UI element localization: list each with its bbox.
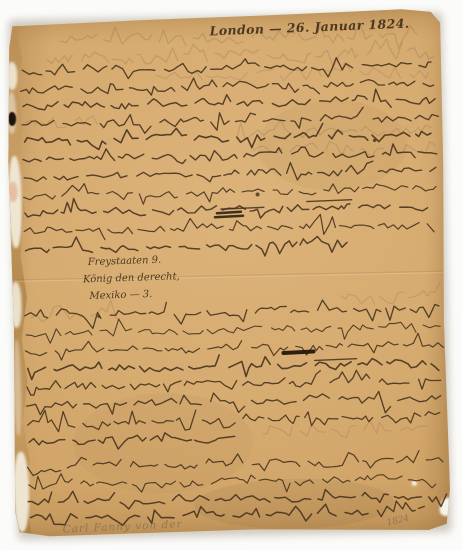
photo-surface: London — 26. Januar 1824. Freystaaten 9.… <box>0 0 462 550</box>
handwriting-svg <box>5 8 450 538</box>
ghost-lines-group <box>23 21 443 444</box>
paper-face: London — 26. Januar 1824. Freystaaten 9.… <box>5 8 450 538</box>
list-item-freystaaten: Freystaaten 9. <box>88 255 162 268</box>
list-item-mexiko: Mexiko — 3. <box>89 289 152 302</box>
ink-lines-group <box>20 55 447 527</box>
letter-paper: London — 26. Januar 1824. Freystaaten 9.… <box>5 8 450 538</box>
